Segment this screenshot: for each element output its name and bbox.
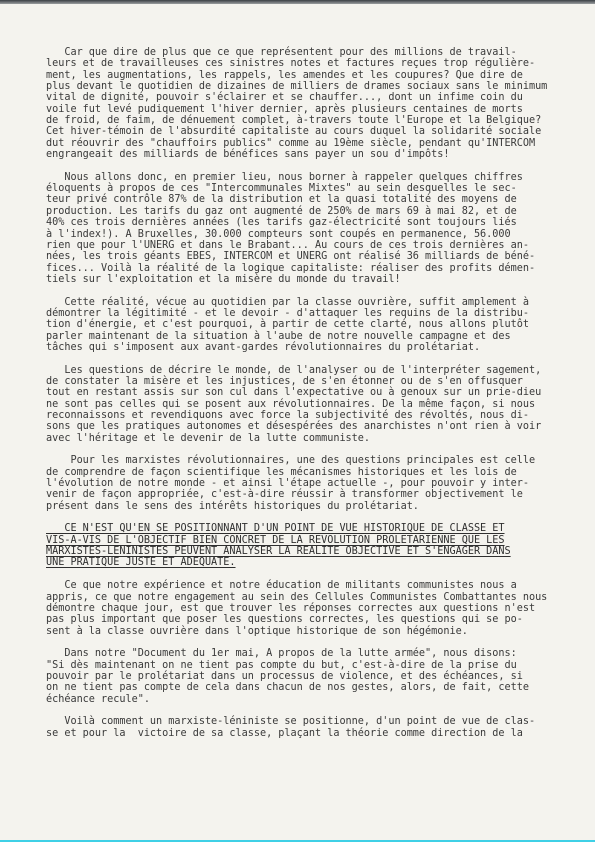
text-line: MARXISTES-LENINISTES PEUVENT ANALYSER LA…	[46, 546, 556, 557]
paragraph: Cette réalité, vécue au quotidien par la…	[46, 297, 556, 354]
paragraph: Dans notre "Document du 1er mai, A propo…	[46, 648, 556, 705]
text-line: l'évolution de notre monde - et ainsi l'…	[46, 478, 556, 489]
paragraph: Voilà comment un marxiste-léniniste se p…	[46, 716, 556, 739]
text-line: Car que dire de plus que ce que représen…	[46, 47, 556, 58]
text-line: pas plus important que poser les questio…	[46, 614, 556, 625]
text-line: de froid, de faim, de dénuement complet,…	[46, 115, 556, 126]
text-line: VIS-A-VIS DE L'OBJECTIF BIEN CONCRET DE …	[46, 535, 556, 546]
text-line: Cet hiver-témoin de l'absurdité capitali…	[46, 126, 556, 137]
paragraph: Les questions de décrire le monde, de l'…	[46, 365, 556, 444]
text-line: reconnaissons et revendiquons avec force…	[46, 410, 556, 421]
text-line: éloquents à propos de ces "Intercommunal…	[46, 183, 556, 194]
text-line: leurs et de travailleuses ces sinistres …	[46, 58, 556, 69]
text-line: échéance recule".	[46, 694, 556, 705]
text-line: UNE PRATIQUE JUSTE ET ADEQUATE.	[46, 557, 556, 568]
text-line: démontre chaque jour, est que trouver le…	[46, 603, 556, 614]
text-line: se et pour la victoire de sa classe, pla…	[46, 728, 556, 739]
text-line: "Si dès maintenant on ne tient pas compt…	[46, 660, 556, 671]
text-line: vital de dignité, pouvoir s'éclairer et …	[46, 92, 556, 103]
text-line: démontrer la légitimité - et le devoir -…	[46, 308, 556, 319]
paragraph: Pour les marxistes révolutionnaires, une…	[46, 455, 556, 512]
text-line: Dans notre "Document du 1er mai, A propo…	[46, 648, 556, 659]
text-line: venir de façon appropriée, c'est-à-dire …	[46, 489, 556, 500]
text-line: on ne tient pas compte de cela dans chac…	[46, 682, 556, 693]
scan-top-edge	[0, 0, 595, 4]
paragraph: Nous allons donc, en premier lieu, nous …	[46, 172, 556, 285]
text-line: CE N'EST QU'EN SE POSITIONNANT D'UN POIN…	[46, 523, 556, 534]
text-line: nées, les trois géants EBES, INTERCOM et…	[46, 251, 556, 262]
text-line: 40% ces trois dernières années (les tari…	[46, 217, 556, 228]
text-line: Ce que notre expérience et notre éducati…	[46, 580, 556, 591]
text-line: avec l'héritage et le devenir de la lutt…	[46, 433, 556, 444]
text-line: plus devant le quotidien de dizaines de …	[46, 81, 556, 92]
text-line: ne sont pas celles qui se posent aux rév…	[46, 399, 556, 410]
text-line: Cette réalité, vécue au quotidien par la…	[46, 297, 556, 308]
text-line: présent dans le sens des intérêts histor…	[46, 501, 556, 512]
text-line: à l'index!). A Bruxelles, 30.000 compteu…	[46, 229, 556, 240]
text-line: voile fut levé pudiquement l'hiver derni…	[46, 104, 556, 115]
text-line: tiels sur l'exploitation et la misère du…	[46, 274, 556, 285]
text-line: ment, les augmentations, les rappels, le…	[46, 70, 556, 81]
text-line: sons que les pratiques autonomes et dése…	[46, 421, 556, 432]
text-line: tout en restant assis sur son cul dans l…	[46, 387, 556, 398]
text-line: dut réouvrir des "chauffoirs publics" co…	[46, 138, 556, 149]
text-line: pouvoir par le prolétariat dans un proce…	[46, 671, 556, 682]
text-line: tion d'énergie, et c'est pourquoi, à par…	[46, 319, 556, 330]
text-line: de comprendre de façon scientifique les …	[46, 467, 556, 478]
text-line: engrangeait des milliards de bénéfices s…	[46, 149, 556, 160]
text-line: tâches qui s'imposent aux avant-gardes r…	[46, 342, 556, 353]
paragraph: Car que dire de plus que ce que représen…	[46, 47, 556, 160]
text-line: fices... Voilà la réalité de la logique …	[46, 263, 556, 274]
text-line: de constater la misère et les injustices…	[46, 376, 556, 387]
text-line: Pour les marxistes révolutionnaires, une…	[46, 455, 556, 466]
text-line: appris, ce que notre engagement au sein …	[46, 592, 556, 603]
document-page: Car que dire de plus que ce que représen…	[46, 47, 556, 750]
text-line: sent à la classe ouvrière dans l'optique…	[46, 626, 556, 637]
text-line: production. Les tarifs du gaz ont augmen…	[46, 206, 556, 217]
text-line: rien que pour l'UNERG et dans le Brabant…	[46, 240, 556, 251]
text-line: Les questions de décrire le monde, de l'…	[46, 365, 556, 376]
text-line: teur privé contrôle 87% de la distributi…	[46, 194, 556, 205]
text-line: Voilà comment un marxiste-léniniste se p…	[46, 716, 556, 727]
text-line: Nous allons donc, en premier lieu, nous …	[46, 172, 556, 183]
text-line: parler maintenant de la situation à l'au…	[46, 331, 556, 342]
paragraph: Ce que notre expérience et notre éducati…	[46, 580, 556, 637]
emphasized-paragraph: CE N'EST QU'EN SE POSITIONNANT D'UN POIN…	[46, 523, 556, 568]
